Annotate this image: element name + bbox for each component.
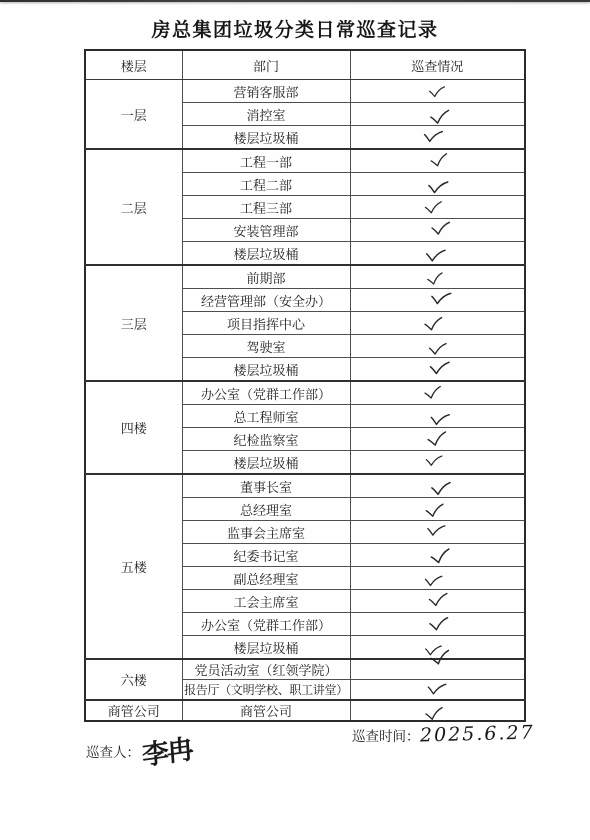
table-row: 一层营销客服部 [85,80,525,103]
department-cell: 副总经理室 [182,567,350,590]
department-cell: 工程三部 [182,196,350,219]
table-row: 商管公司商管公司 [85,700,525,721]
department-cell: 工会主席室 [182,590,350,613]
check-mark-icon [423,574,444,589]
header-row: 楼层 部门 巡查情况 [85,50,525,80]
table-row: 五楼董事长室 [85,474,525,498]
floor-cell: 三层 [85,265,182,381]
inspection-time-line: 巡查时间：2025.6.27 [352,724,534,746]
department-cell: 楼层垃圾桶 [182,358,350,382]
inspection-date: 2025.6.27 [419,722,534,747]
check-mark-icon [428,411,452,428]
check-mark-icon [428,109,452,125]
status-cell [350,173,525,196]
col-header-status: 巡查情况 [350,50,525,80]
department-cell: 总经理室 [182,498,350,521]
status-cell [350,405,525,428]
inspector-signature: 李冉 [141,727,193,773]
status-cell [350,196,525,219]
department-cell: 安装管理部 [182,219,350,242]
table-row: 六楼党员活动室（红领学院） [85,659,525,680]
status-cell [350,544,525,567]
table-body: 一层营销客服部消控室楼层垃圾桶二层工程一部工程二部工程三部安装管理部楼层垃圾桶三… [85,80,525,722]
check-mark-icon [424,454,444,467]
status-cell [350,358,525,382]
status-cell [350,567,525,590]
department-cell: 纪委书记室 [182,544,350,567]
check-mark-icon [427,342,448,356]
department-cell: 驾驶室 [182,335,350,358]
check-mark-icon [426,179,451,196]
floor-cell: 六楼 [85,659,182,700]
col-header-floor: 楼层 [85,50,182,80]
status-cell [350,451,525,475]
time-label: 巡查时间： [352,729,420,744]
check-mark-icon [424,706,446,721]
status-cell [350,680,525,701]
department-cell: 楼层垃圾桶 [182,451,350,475]
floor-cell: 一层 [85,80,182,150]
check-mark-icon [423,317,446,333]
check-mark-icon [423,386,444,401]
department-cell: 总工程师室 [182,405,350,428]
department-cell: 楼层垃圾桶 [182,242,350,266]
inspection-table: 楼层 部门 巡查情况 一层营销客服部消控室楼层垃圾桶二层工程一部工程二部工程三部… [84,49,526,722]
scan-artifact-top [0,0,590,2]
inspector-line: 巡查人：李冉 [86,726,190,765]
check-mark-icon [429,290,454,307]
status-cell [350,521,525,544]
status-cell [350,149,525,173]
check-mark-icon [422,128,445,144]
department-cell: 消控室 [182,103,350,126]
status-cell [350,219,525,242]
col-header-department: 部门 [182,50,350,80]
status-cell [350,590,525,613]
check-mark-icon [430,482,453,497]
department-cell: 项目指挥中心 [182,312,350,335]
check-mark-icon [424,503,447,518]
check-mark-icon [429,153,451,169]
table-row: 三层前期部 [85,265,525,289]
floor-cell: 五楼 [85,474,182,659]
status-cell [350,103,525,126]
status-cell [350,126,525,150]
check-mark-icon [430,221,452,236]
check-mark-icon [425,272,445,286]
page-title: 房总集团垃圾分类日常巡查记录 [0,0,590,42]
check-mark-icon [428,360,452,376]
scanned-document-page: 房总集团垃圾分类日常巡查记录 楼层 部门 巡查情况 一层营销客服部消控室楼层垃圾… [0,0,590,840]
inspector-label: 巡查人： [86,745,140,760]
check-mark-icon [425,680,448,696]
department-cell: 营销客服部 [182,80,350,103]
status-cell [350,659,525,680]
check-mark-icon [428,548,453,566]
floor-cell: 四楼 [85,381,182,474]
department-cell: 商管公司 [182,700,350,721]
department-cell: 工程一部 [182,149,350,173]
status-cell [350,428,525,451]
status-cell [350,335,525,358]
floor-cell: 商管公司 [85,700,182,721]
status-cell [350,242,525,266]
department-cell: 前期部 [182,265,350,289]
check-mark-icon [423,201,444,215]
table-row: 四楼办公室（党群工作部） [85,381,525,405]
department-cell: 工程二部 [182,173,350,196]
status-cell [350,613,525,636]
check-mark-icon [427,593,450,608]
table-row: 二层工程一部 [85,149,525,173]
department-cell: 报告厅（文明学校、职工讲堂） [182,680,350,701]
floor-cell: 二层 [85,149,182,265]
check-mark-icon [428,649,453,667]
department-cell: 楼层垃圾桶 [182,636,350,660]
status-cell [350,381,525,405]
department-cell: 办公室（党群工作部） [182,381,350,405]
status-cell [350,474,525,498]
department-cell: 监事会主席室 [182,521,350,544]
status-cell [350,80,525,103]
department-cell: 楼层垃圾桶 [182,126,350,150]
department-cell: 办公室（党群工作部） [182,613,350,636]
check-mark-icon [425,431,449,448]
footer: 巡查人：李冉 巡查时间：2025.6.27 [84,722,524,792]
department-cell: 董事长室 [182,474,350,498]
department-cell: 纪检监察室 [182,428,350,451]
check-mark-icon [428,86,447,98]
status-cell [350,265,525,289]
check-mark-icon [425,523,447,539]
status-cell [350,312,525,335]
check-mark-icon [424,247,448,264]
status-cell [350,700,525,721]
status-cell [350,498,525,521]
department-cell: 经营管理部（安全办） [182,289,350,312]
check-mark-icon [428,617,451,632]
department-cell: 党员活动室（红领学院） [182,659,350,680]
status-cell [350,289,525,312]
